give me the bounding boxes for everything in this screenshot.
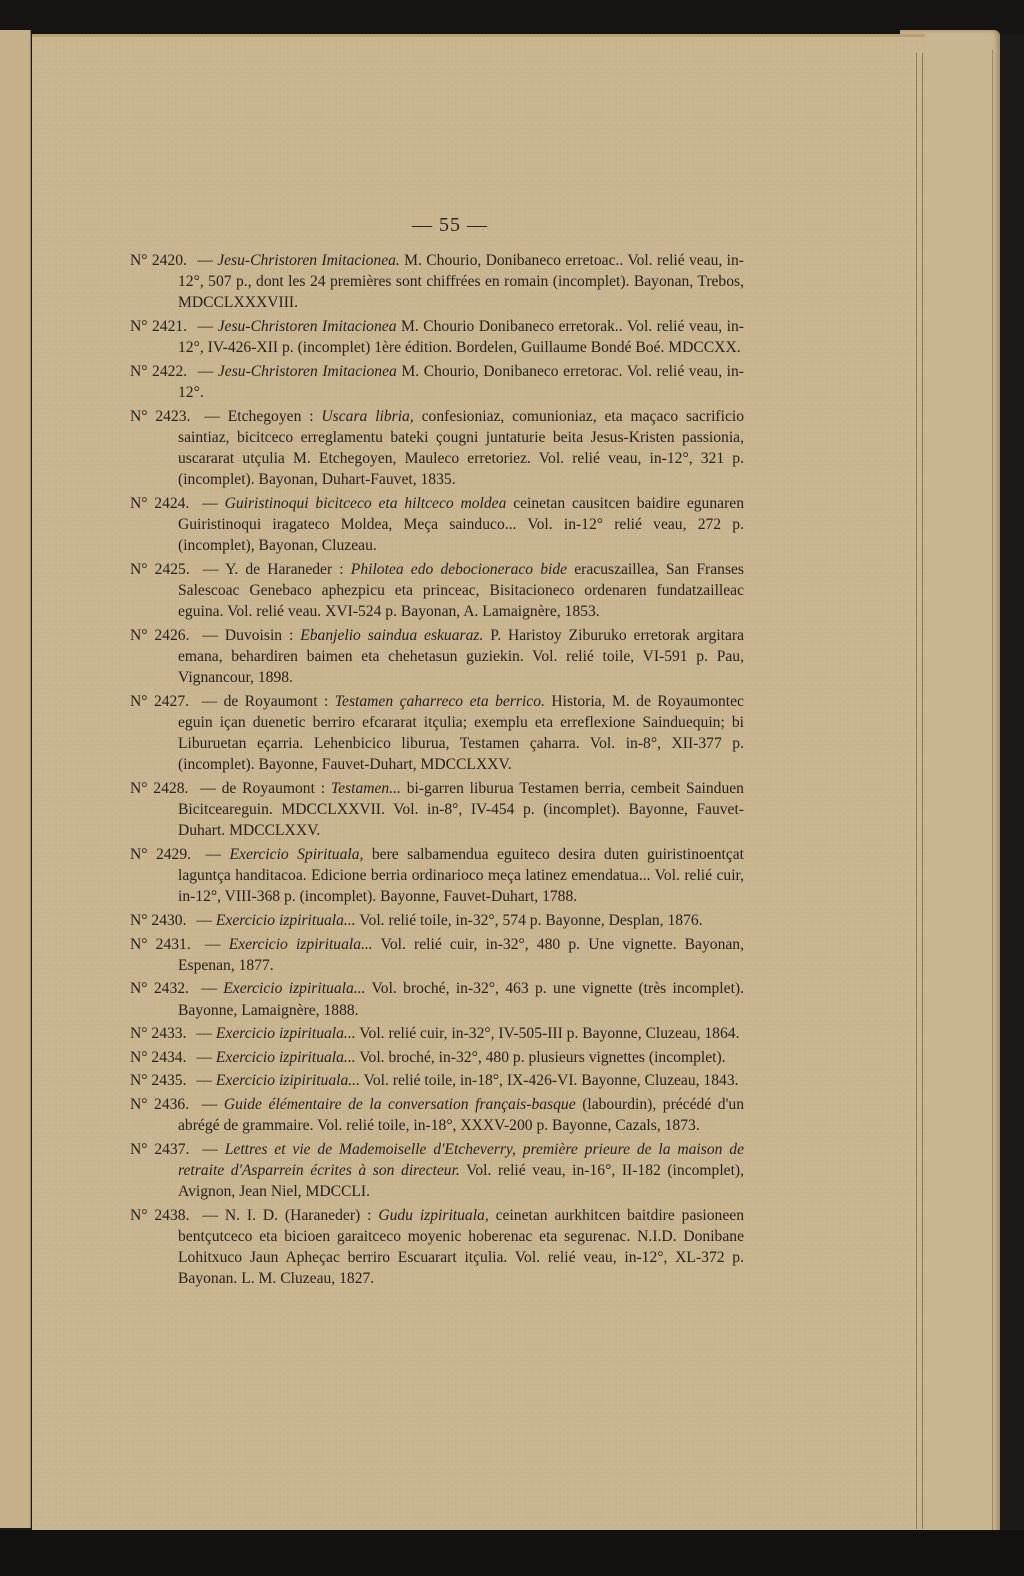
catalog-entry: N° 2420. — Jesu-Christoren Imitacionea. …	[130, 250, 744, 314]
entry-dash: —	[202, 1141, 218, 1158]
entry-number: N° 2424.	[130, 495, 189, 512]
catalog-entry: N° 2424. — Guiristinoqui bicitceco eta h…	[130, 493, 744, 557]
entry-author: Etchegoyen :	[228, 408, 314, 425]
entry-author: Y. de Haraneder :	[225, 561, 344, 578]
entry-number: N° 2435.	[130, 1072, 186, 1089]
entry-title: Jesu-Christoren Imitacionea.	[217, 252, 400, 269]
scan-backdrop-bottom	[0, 1530, 1024, 1576]
entry-number: N° 2431.	[130, 936, 191, 953]
catalog-entry: N° 2427. — de Royaumont : Testamen çahar…	[130, 691, 744, 776]
entry-dash: —	[204, 408, 220, 425]
left-page-edge	[0, 30, 31, 1528]
entry-dash: —	[196, 1049, 212, 1066]
entry-dash: —	[200, 780, 216, 797]
entry-title: Exercicio izpirituala...	[216, 1049, 356, 1066]
catalog-entry: N° 2425. — Y. de Haraneder : Philotea ed…	[130, 559, 744, 623]
entry-title: Exercicio Spirituala,	[230, 846, 364, 863]
entry-number: N° 2429.	[130, 846, 191, 863]
catalog-entry: N° 2432. — Exercicio izpirituala... Vol.…	[130, 978, 744, 1020]
entry-dash: —	[202, 1207, 218, 1224]
entry-dash: —	[198, 318, 214, 335]
entry-number: N° 2423.	[130, 408, 190, 425]
page-fold-line	[916, 53, 917, 1529]
entry-title: Exercicio izpirituala...	[229, 936, 373, 953]
entry-dash: —	[205, 936, 221, 953]
entry-description: Vol. relié toile, in-18°, IX-426-VI. Bay…	[364, 1072, 739, 1089]
entry-title: Exercicio izipirituala...	[216, 1072, 360, 1089]
entry-author: de Royaumont :	[222, 780, 325, 797]
page-fold-line	[922, 53, 923, 1529]
entry-title: Exercicio izpirituala...	[223, 980, 365, 997]
entry-title: Exercicio izpirituala...	[216, 912, 356, 929]
catalog-entry: N° 2426. — Duvoisin : Ebanjelio saindua …	[130, 625, 744, 689]
entry-number: N° 2421.	[130, 318, 187, 335]
entry-number: N° 2434.	[130, 1049, 186, 1066]
entry-number: N° 2426.	[130, 627, 189, 644]
entry-author: N. I. D. (Haraneder) :	[225, 1207, 372, 1224]
entry-title: Jesu-Christoren Imitacionea	[218, 318, 397, 335]
entry-number: N° 2430.	[130, 912, 186, 929]
catalog-entry: N° 2430. — Exercicio izpirituala... Vol.…	[130, 910, 744, 931]
catalog-entry: N° 2428. — de Royaumont : Testamen... bi…	[130, 778, 744, 842]
catalog-entry: N° 2423. — Etchegoyen : Uscara libria, c…	[130, 406, 744, 491]
entry-description: Vol. relié toile, in-32°, 574 p. Bayonne…	[359, 912, 702, 929]
page-number: — 55 —	[0, 214, 900, 237]
catalog-entry: N° 2422. — Jesu-Christoren Imitacionea M…	[130, 361, 744, 403]
entry-dash: —	[203, 561, 219, 578]
entry-dash: —	[198, 363, 214, 380]
entry-number: N° 2436.	[130, 1096, 189, 1113]
entry-title: Philotea edo debocioneraco bide	[351, 561, 567, 578]
entry-dash: —	[196, 1025, 212, 1042]
entry-dash: —	[197, 252, 213, 269]
entry-dash: —	[201, 980, 217, 997]
catalog-entry: N° 2431. — Exercicio izpirituala... Vol.…	[130, 934, 744, 976]
entry-title: Gudu izpirituala,	[378, 1207, 488, 1224]
catalog-entry: N° 2434. — Exercicio izpirituala... Vol.…	[130, 1047, 744, 1068]
entry-number: N° 2432.	[130, 980, 189, 997]
entry-title: Exercicio izpirituala...	[216, 1025, 356, 1042]
entry-author: Duvoisin :	[225, 627, 293, 644]
catalog-entry: N° 2437. — Lettres et vie de Mademoisell…	[130, 1139, 744, 1203]
entry-number: N° 2438.	[130, 1207, 189, 1224]
scan-backdrop-top	[0, 0, 1024, 34]
catalog-entry: N° 2435. — Exercicio izipirituala... Vol…	[130, 1070, 744, 1091]
entry-number: N° 2437.	[130, 1141, 189, 1158]
entry-number: N° 2425.	[130, 561, 190, 578]
entry-dash: —	[196, 1072, 212, 1089]
entry-dash: —	[196, 912, 212, 929]
entry-description: Vol. broché, in-32°, 480 p. plusieurs vi…	[359, 1049, 725, 1066]
catalog-entries: N° 2420. — Jesu-Christoren Imitacionea. …	[130, 250, 744, 1292]
entry-title: Ebanjelio saindua eskuaraz.	[300, 627, 483, 644]
entry-title: Uscara libria,	[321, 408, 413, 425]
entry-title: Guiristinoqui bicitceco eta hiltceco mol…	[225, 495, 507, 512]
entry-title: Testamen çaharreco eta berrico.	[335, 693, 545, 710]
entry-dash: —	[202, 495, 218, 512]
entry-title: Guide élémentaire de la conversation fra…	[224, 1096, 576, 1113]
entry-author: de Royaumont :	[224, 693, 329, 710]
entry-number: N° 2420.	[130, 252, 187, 269]
catalog-entry: N° 2436. — Guide élémentaire de la conve…	[130, 1094, 744, 1136]
catalog-entry: N° 2433. — Exercicio izpirituala... Vol.…	[130, 1023, 744, 1044]
entry-dash: —	[202, 693, 218, 710]
entry-number: N° 2427.	[130, 693, 189, 710]
entry-title: Jesu-Christoren Imitacionea	[218, 363, 397, 380]
catalog-entry: N° 2438. — N. I. D. (Haraneder) : Gudu i…	[130, 1205, 744, 1290]
entry-title: Testamen...	[331, 780, 401, 797]
entry-number: N° 2433.	[130, 1025, 186, 1042]
entry-dash: —	[205, 846, 221, 863]
catalog-entry: N° 2421. — Jesu-Christoren Imitacionea M…	[130, 316, 744, 358]
entry-description: Vol. relié cuir, in-32°, IV-505-III p. B…	[359, 1025, 739, 1042]
entry-number: N° 2428.	[130, 780, 188, 797]
catalog-entry: N° 2429. — Exercicio Spirituala, bere sa…	[130, 844, 744, 908]
entry-dash: —	[202, 627, 218, 644]
entry-dash: —	[202, 1096, 218, 1113]
entry-number: N° 2422.	[130, 363, 187, 380]
